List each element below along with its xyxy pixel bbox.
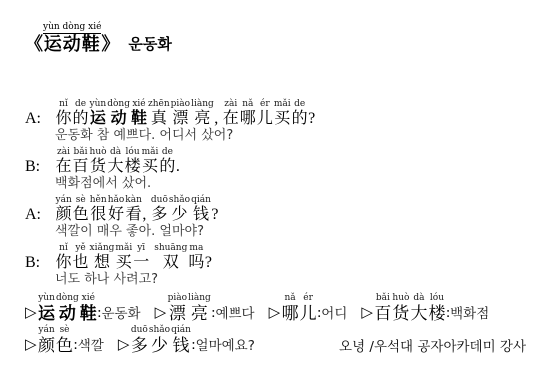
hanzi-text: 亮 [191, 109, 214, 128]
hanzi-text: 也 [73, 253, 89, 272]
pinyin-text: hěn [90, 195, 107, 205]
korean-translation: 색깔이 매우 좋아. 얼마야? [55, 224, 526, 240]
hanzi-with-pinyin: ér儿 [299, 293, 317, 324]
pinyin-text: nǎ [240, 99, 256, 109]
vocab-korean: 백화점 [450, 305, 489, 324]
hanzi-with-pinyin: bǎi百 [72, 147, 89, 176]
pinyin-text: ma [188, 243, 204, 253]
pinyin-text: yī [133, 243, 149, 253]
hanzi-with-pinyin: lóu楼 [124, 147, 141, 176]
pinyin-text: ér [300, 293, 317, 303]
chinese-word: yùn运dòng动xié鞋 [89, 110, 147, 127]
hanzi-text: 钱 [171, 335, 191, 356]
hanzi-with-pinyin: nǐ你 [55, 243, 72, 272]
chinese-line: yán颜sè色hěn很hǎo好kàn看, duō多shǎo少qián钱? [55, 195, 526, 224]
punctuation: ? [308, 109, 315, 128]
hanzi-with-pinyin: hěn很 [89, 195, 107, 224]
hanzi-with-pinyin: liàng亮 [191, 99, 215, 128]
hanzi-text: 货 [90, 157, 107, 176]
chinese-word: zài在bǎi百huò货dà大lóu楼mǎi买de的 [55, 158, 176, 175]
punctuation: . [176, 157, 180, 176]
triangle-bullet-icon: ▷ [269, 303, 281, 324]
pinyin-text: huò [392, 293, 409, 303]
pinyin-text: nǐ [56, 243, 72, 253]
title-open-bracket: 《 [25, 34, 43, 54]
hanzi-with-pinyin: nǎ哪 [239, 99, 256, 128]
hanzi-text: 吗 [188, 253, 204, 272]
hanzi-text: 漂 [168, 303, 187, 324]
hanzi-with-pinyin: dòng动 [107, 99, 131, 128]
pinyin-text: lóu [125, 147, 141, 157]
dialogue-entry: A:nǐ你de的yùn运dòng动xié鞋zhēn真piào漂liàng亮, z… [25, 99, 526, 144]
hanzi-with-pinyin: zài在 [55, 147, 72, 176]
hanzi-text: 动 [56, 303, 79, 324]
chinese-word: nǐ你de的 [55, 110, 89, 127]
hanzi-with-pinyin: qián钱 [191, 195, 212, 224]
chinese-word: yán颜sè色 [38, 325, 74, 356]
pinyin-text: ér [257, 99, 273, 109]
pinyin-text: zài [56, 147, 72, 157]
hanzi-with-pinyin: shuāng双 [154, 243, 188, 272]
dialogue-entry: A:yán颜sè色hěn很hǎo好kàn看, duō多shǎo少qián钱?색깔… [25, 195, 526, 240]
hanzi-with-pinyin: sè色 [72, 195, 89, 224]
pinyin-text: yán [56, 195, 72, 205]
hanzi-text: 很 [90, 205, 107, 224]
pinyin-text: yě [73, 243, 89, 253]
hanzi-text: 鞋 [80, 303, 97, 324]
pinyin-text: sè [56, 325, 73, 335]
pinyin-text: liàng [188, 293, 211, 303]
pinyin-text: kàn [125, 195, 142, 205]
pinyin-text: bǎi [73, 147, 89, 157]
hanzi-text: 颜 [56, 205, 72, 224]
dialogue-entry: B:nǐ你yě也xiǎng想mǎi买yī一 shuāng双ma吗?너도 하나 사… [25, 243, 526, 288]
hanzi-with-pinyin: dà大 [410, 293, 428, 324]
pinyin-text: qián [171, 325, 191, 335]
bottom-row: ▷yán颜sè色:색깔▷duō多shǎo少qián钱:얼마예요? 오녕 /우석대… [25, 325, 526, 357]
vocab-korean: 운동화 [101, 305, 140, 324]
hanzi-with-pinyin: nǐ你 [55, 99, 72, 128]
hanzi-text: 的 [292, 109, 308, 128]
hanzi-with-pinyin: duō多 [130, 325, 148, 356]
chinese-word: duō多shǎo少qián钱 [150, 206, 211, 223]
hanzi-text: 你 [56, 109, 72, 128]
hanzi-text: 楼 [428, 303, 445, 324]
vocab-section: ▷yùn运dòng动xié鞋:운동화▷piào漂liàng亮:예쁘다▷nǎ哪ér… [25, 293, 526, 357]
hanzi-with-pinyin: duō多 [150, 195, 168, 224]
hanzi-with-pinyin: lóu楼 [428, 293, 446, 324]
hanzi-text: 双 [154, 253, 187, 272]
hanzi-with-pinyin: hǎo好 [107, 195, 125, 224]
hanzi-text: 大 [410, 303, 427, 324]
hanzi-text: 买 [115, 253, 132, 272]
vocab-korean: 어디 [321, 305, 347, 324]
korean-translation: 백화점에서 샀어. [55, 176, 526, 192]
punctuation: ? [205, 253, 212, 272]
vocab-item: ▷yán颜sè色:색깔 [25, 325, 104, 356]
hanzi-with-pinyin: sè色 [56, 325, 74, 356]
hanzi-with-pinyin: dòng动 [56, 293, 80, 324]
hanzi-with-pinyin: huò货 [89, 147, 107, 176]
hanzi-with-pinyin: de的 [159, 147, 176, 176]
hanzi-with-pinyin: zài在 [222, 99, 239, 128]
pinyin-text: nǐ [56, 99, 72, 109]
pinyin-text: mǎi [142, 147, 159, 157]
hanzi-text: 货 [392, 303, 409, 324]
dialogue-entry: B:zài在bǎi百huò货dà大lóu楼mǎi买de的.백화점에서 샀어. [25, 147, 526, 192]
hanzi-text: 运 [38, 303, 55, 324]
hanzi-text: 买 [142, 157, 159, 176]
pinyin-text: yán [38, 325, 55, 335]
triangle-bullet-icon: ▷ [361, 303, 373, 324]
pinyin-text: liàng [191, 99, 214, 109]
speaker-label: A: [25, 205, 41, 224]
title-hanzi: 运动鞋 [43, 34, 101, 54]
triangle-bullet-icon: ▷ [25, 303, 37, 324]
korean-translation: 너도 하나 사려고? [55, 272, 526, 288]
hanzi-text: 楼 [125, 157, 141, 176]
pinyin-text: dà [108, 147, 124, 157]
hanzi-with-pinyin: xié鞋 [79, 293, 97, 324]
pinyin-text: de [73, 99, 89, 109]
chinese-word: yùn运dòng动xié鞋 [38, 293, 98, 324]
chinese-word: nǎ哪ér儿 [281, 293, 317, 324]
hanzi-text: 色 [56, 335, 73, 356]
chinese-word: piào漂liàng亮 [167, 293, 211, 324]
pinyin-text: mǎi [274, 99, 291, 109]
chinese-word: zhēn真piào漂liàng亮 [147, 110, 214, 127]
hanzi-with-pinyin: qián钱 [171, 325, 192, 356]
hanzi-with-pinyin: ma吗 [188, 243, 205, 272]
title-pinyin: yùn dòng xié [43, 22, 101, 34]
pinyin-text: hǎo [108, 195, 125, 205]
vocab-item: ▷yùn运dòng动xié鞋:운동화 [25, 293, 141, 324]
hanzi-with-pinyin: mǎi买 [141, 147, 159, 176]
hanzi-text: 颜 [38, 335, 55, 356]
chinese-word: nǐ你yě也xiǎng想mǎi买yī一 [55, 254, 150, 271]
hanzi-text: 儿 [300, 303, 317, 324]
hanzi-with-pinyin: ér儿 [256, 99, 273, 128]
pinyin-text: dà [410, 293, 427, 303]
hanzi-with-pinyin: xiǎng想 [89, 243, 115, 272]
hanzi-with-pinyin: de的 [72, 99, 89, 128]
chinese-word: shuāng双ma吗 [154, 254, 205, 271]
pinyin-text: yùn [90, 99, 107, 109]
chinese-word: duō多shǎo少qián钱 [130, 325, 191, 356]
hanzi-with-pinyin: huò货 [392, 293, 410, 324]
pinyin-text: piào [168, 293, 187, 303]
hanzi-text: 动 [107, 109, 130, 128]
hanzi-text: 的 [73, 109, 89, 128]
title-korean: 운동화 [128, 34, 171, 54]
vocab-item: ▷nǎ哪ér儿:어디 [269, 293, 348, 324]
pinyin-text: shǎo [149, 325, 170, 335]
hanzi-text: 亮 [188, 303, 211, 324]
hanzi-with-pinyin: zhēn真 [147, 99, 170, 128]
hanzi-text: 大 [108, 157, 124, 176]
vocab-item: ▷bǎi百huò货dà大lóu楼:백화점 [361, 293, 489, 324]
hanzi-with-pinyin: de的 [291, 99, 308, 128]
pinyin-text: xié [80, 293, 97, 303]
pinyin-text: zhēn [148, 99, 170, 109]
pinyin-text: yùn [38, 293, 55, 303]
hanzi-with-pinyin: yán颜 [55, 195, 72, 224]
pinyin-text: shuāng [154, 243, 187, 253]
hanzi-text: 儿 [257, 109, 273, 128]
hanzi-with-pinyin: nǎ哪 [281, 293, 299, 324]
hanzi-with-pinyin: bǎi百 [374, 293, 392, 324]
hanzi-text: 百 [73, 157, 89, 176]
vocab-row: ▷yùn运dòng动xié鞋:운동화▷piào漂liàng亮:예쁘다▷nǎ哪ér… [25, 293, 526, 324]
chinese-line: nǐ你de的yùn运dòng动xié鞋zhēn真piào漂liàng亮, zài… [55, 99, 526, 128]
pinyin-text: mǎi [115, 243, 132, 253]
vocab-item: ▷piào漂liàng亮:예쁘다 [155, 293, 255, 324]
hanzi-text: 多 [131, 335, 148, 356]
hanzi-text: 色 [73, 205, 89, 224]
speaker-label: B: [25, 253, 40, 272]
hanzi-with-pinyin: mǎi买 [273, 99, 291, 128]
hanzi-with-pinyin: piào漂 [170, 99, 190, 128]
hanzi-with-pinyin: shǎo少 [168, 195, 190, 224]
dialogue-section: A:nǐ你de的yùn运dòng动xié鞋zhēn真piào漂liàng亮, z… [25, 99, 526, 288]
pinyin-text: zài [223, 99, 239, 109]
pinyin-text: xiǎng [90, 243, 115, 253]
punctuation: ? [211, 205, 218, 224]
triangle-bullet-icon: ▷ [25, 335, 37, 356]
pinyin-text: lóu [428, 293, 445, 303]
pinyin-text: dòng [107, 99, 130, 109]
hanzi-text: 运 [90, 109, 107, 128]
chinese-word: zài在nǎ哪ér儿mǎi买de的 [222, 110, 308, 127]
vocab-item: ▷duō多shǎo少qián钱:얼마예요? [118, 325, 255, 356]
pinyin-text: duō [131, 325, 148, 335]
pinyin-text: piào [171, 99, 190, 109]
hanzi-text: 百 [374, 303, 391, 324]
hanzi-text: 在 [56, 157, 72, 176]
hanzi-text: 好 [108, 205, 125, 224]
pinyin-text: dòng [56, 293, 79, 303]
hanzi-text: 想 [90, 253, 115, 272]
pinyin-text: sè [73, 195, 89, 205]
triangle-bullet-icon: ▷ [155, 303, 167, 324]
hanzi-with-pinyin: mǎi买 [115, 243, 133, 272]
chinese-word: bǎi百huò货dà大lóu楼 [374, 293, 446, 324]
hanzi-text: 买 [274, 109, 291, 128]
hanzi-text: 多 [151, 205, 168, 224]
vocab-korean: 색깔 [78, 337, 104, 356]
speaker-label: A: [25, 109, 41, 128]
pinyin-text: huò [90, 147, 107, 157]
hanzi-text: 钱 [191, 205, 211, 224]
triangle-bullet-icon: ▷ [118, 335, 130, 356]
pinyin-text: de [292, 99, 308, 109]
speaker-label: B: [25, 157, 40, 176]
hanzi-with-pinyin: shǎo少 [148, 325, 170, 356]
footer-credit: 오녕 /우석대 공자아카데미 강사 [339, 338, 526, 357]
hanzi-text: 看 [125, 205, 142, 224]
pinyin-text: xié [131, 99, 147, 109]
hanzi-text: 哪 [240, 109, 256, 128]
pinyin-text: nǎ [282, 293, 299, 303]
hanzi-with-pinyin: yě也 [72, 243, 89, 272]
hanzi-with-pinyin: piào漂 [167, 293, 187, 324]
hanzi-text: 一 [133, 253, 149, 272]
hanzi-with-pinyin: yán颜 [38, 325, 56, 356]
vocab-korean: 얼마예요? [196, 337, 255, 356]
vocab-korean: 예쁘다 [215, 305, 254, 324]
hanzi-text: 少 [149, 335, 170, 356]
hanzi-with-pinyin: dà大 [107, 147, 124, 176]
hanzi-with-pinyin: xié鞋 [130, 99, 147, 128]
pinyin-text: shǎo [169, 195, 190, 205]
hanzi-with-pinyin: liàng亮 [188, 293, 212, 324]
pinyin-text: qián [191, 195, 211, 205]
korean-translation: 운동화 참 예쁘다. 어디서 샀어? [55, 128, 526, 144]
hanzi-with-pinyin: yī一 [133, 243, 150, 272]
hanzi-text: 少 [169, 205, 190, 224]
hanzi-with-pinyin: yùn运 [38, 293, 56, 324]
chinese-line: nǐ你yě也xiǎng想mǎi买yī一 shuāng双ma吗? [55, 243, 526, 272]
title-word: yùn dòng xié 运动鞋 [43, 22, 101, 54]
hanzi-text: 鞋 [131, 109, 147, 128]
pinyin-text: duō [151, 195, 168, 205]
chinese-word: yán颜sè色hěn很hǎo好kàn看 [55, 206, 142, 223]
pinyin-text: de [159, 147, 175, 157]
title-close-bracket: 》 [101, 34, 119, 54]
vocab-row: ▷yán颜sè色:색깔▷duō多shǎo少qián钱:얼마예요? [25, 325, 255, 356]
hanzi-with-pinyin: kàn看 [125, 195, 143, 224]
hanzi-text: 漂 [171, 109, 190, 128]
hanzi-text: 在 [223, 109, 239, 128]
chinese-line: zài在bǎi百huò货dà大lóu楼mǎi买de的. [55, 147, 526, 176]
lesson-title: 《 yùn dòng xié 运动鞋 》 운동화 [25, 22, 526, 54]
lesson-page: 《 yùn dòng xié 运动鞋 》 운동화 A:nǐ你de的yùn运dòn… [0, 0, 540, 383]
hanzi-text: 哪 [282, 303, 299, 324]
hanzi-text: 你 [56, 253, 72, 272]
pinyin-text: bǎi [374, 293, 391, 303]
hanzi-text: 真 [148, 109, 170, 128]
hanzi-with-pinyin: yùn运 [89, 99, 107, 128]
hanzi-text: 的 [159, 157, 175, 176]
